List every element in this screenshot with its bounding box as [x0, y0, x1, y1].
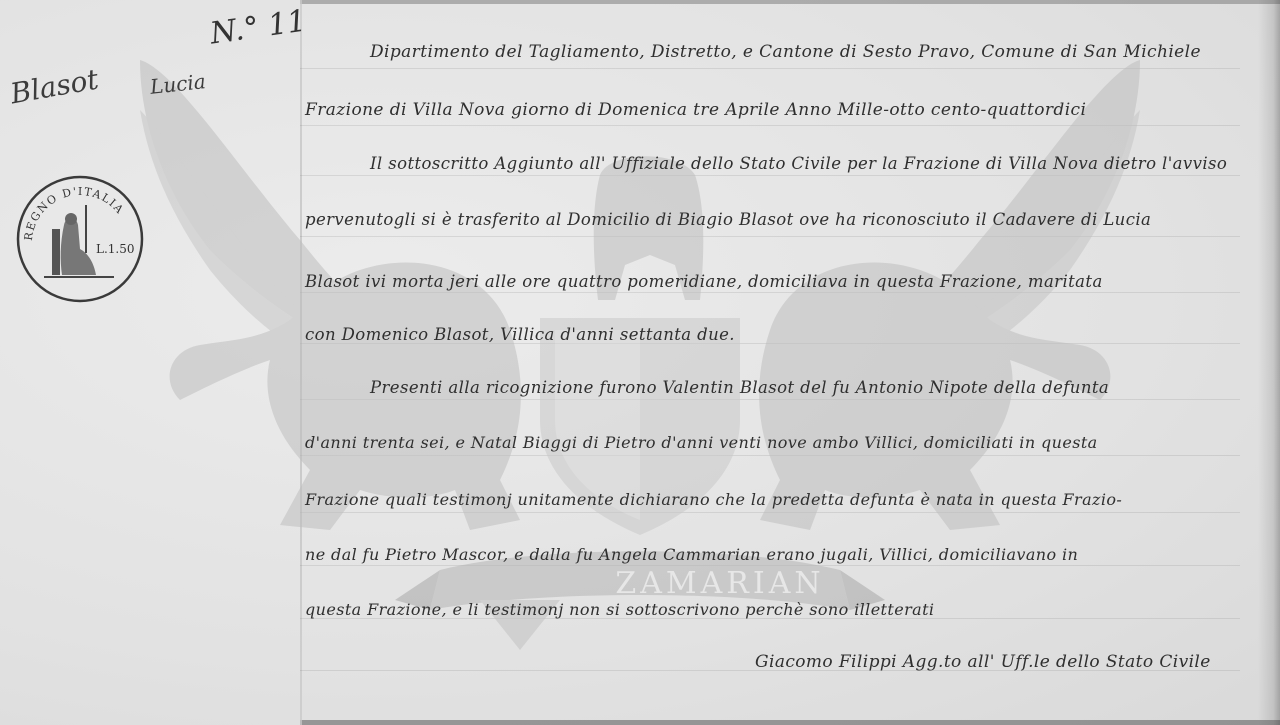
- record-number: N.° 11: [208, 3, 309, 51]
- record-line: questa Frazione, e li testimonj non si s…: [305, 600, 934, 619]
- watermark-banner-text: ZAMARIAN: [600, 566, 840, 601]
- official-signature: Giacomo Filippi Agg.to all' Uff.le dello…: [755, 652, 1211, 672]
- svg-text:L.1.50: L.1.50: [96, 242, 135, 256]
- ruled-line: [300, 125, 1240, 126]
- record-line: Frazione quali testimonj unitamente dich…: [305, 490, 1122, 509]
- stamp-seal-icon: REGNO D'ITALIA L.1.50: [14, 173, 146, 305]
- page-right-edge: [1258, 0, 1280, 725]
- record-line: Dipartimento del Tagliamento, Distretto,…: [370, 42, 1201, 62]
- ruled-line: [300, 455, 1240, 456]
- record-line: Frazione di Villa Nova giorno di Domenic…: [305, 100, 1086, 120]
- ruled-line: [300, 292, 1240, 293]
- ruled-line: [300, 399, 1240, 400]
- record-line: ne dal fu Pietro Mascor, e dalla fu Ange…: [305, 545, 1078, 564]
- record-line: pervenutogli si è trasferito al Domicili…: [305, 210, 1151, 229]
- record-line: con Domenico Blasot, Villica d'anni sett…: [305, 325, 735, 344]
- ruled-line: [300, 175, 1240, 176]
- record-line: Il sottoscritto Aggiunto all' Uffiziale …: [370, 154, 1227, 173]
- ruled-line: [300, 68, 1240, 69]
- margin-surname: Blasot: [8, 63, 101, 111]
- record-line: Presenti alla ricognizione furono Valent…: [370, 378, 1109, 397]
- record-line: d'anni trenta sei, e Natal Biaggi di Pie…: [305, 433, 1098, 452]
- margin-fold-line: [300, 0, 302, 725]
- ruled-line: [300, 236, 1240, 237]
- document-page: ZAMARIAN N.° 11 Blasot Lucia REGNO D'ITA…: [0, 0, 1280, 725]
- margin-given-name: Lucia: [149, 69, 207, 99]
- ruled-line: [300, 512, 1240, 513]
- page-top-edge: [300, 0, 1280, 4]
- record-line: Blasot ivi morta jeri alle ore quattro p…: [305, 272, 1103, 291]
- revenue-stamp: REGNO D'ITALIA L.1.50: [14, 173, 146, 305]
- page-bottom-edge: [300, 720, 1280, 725]
